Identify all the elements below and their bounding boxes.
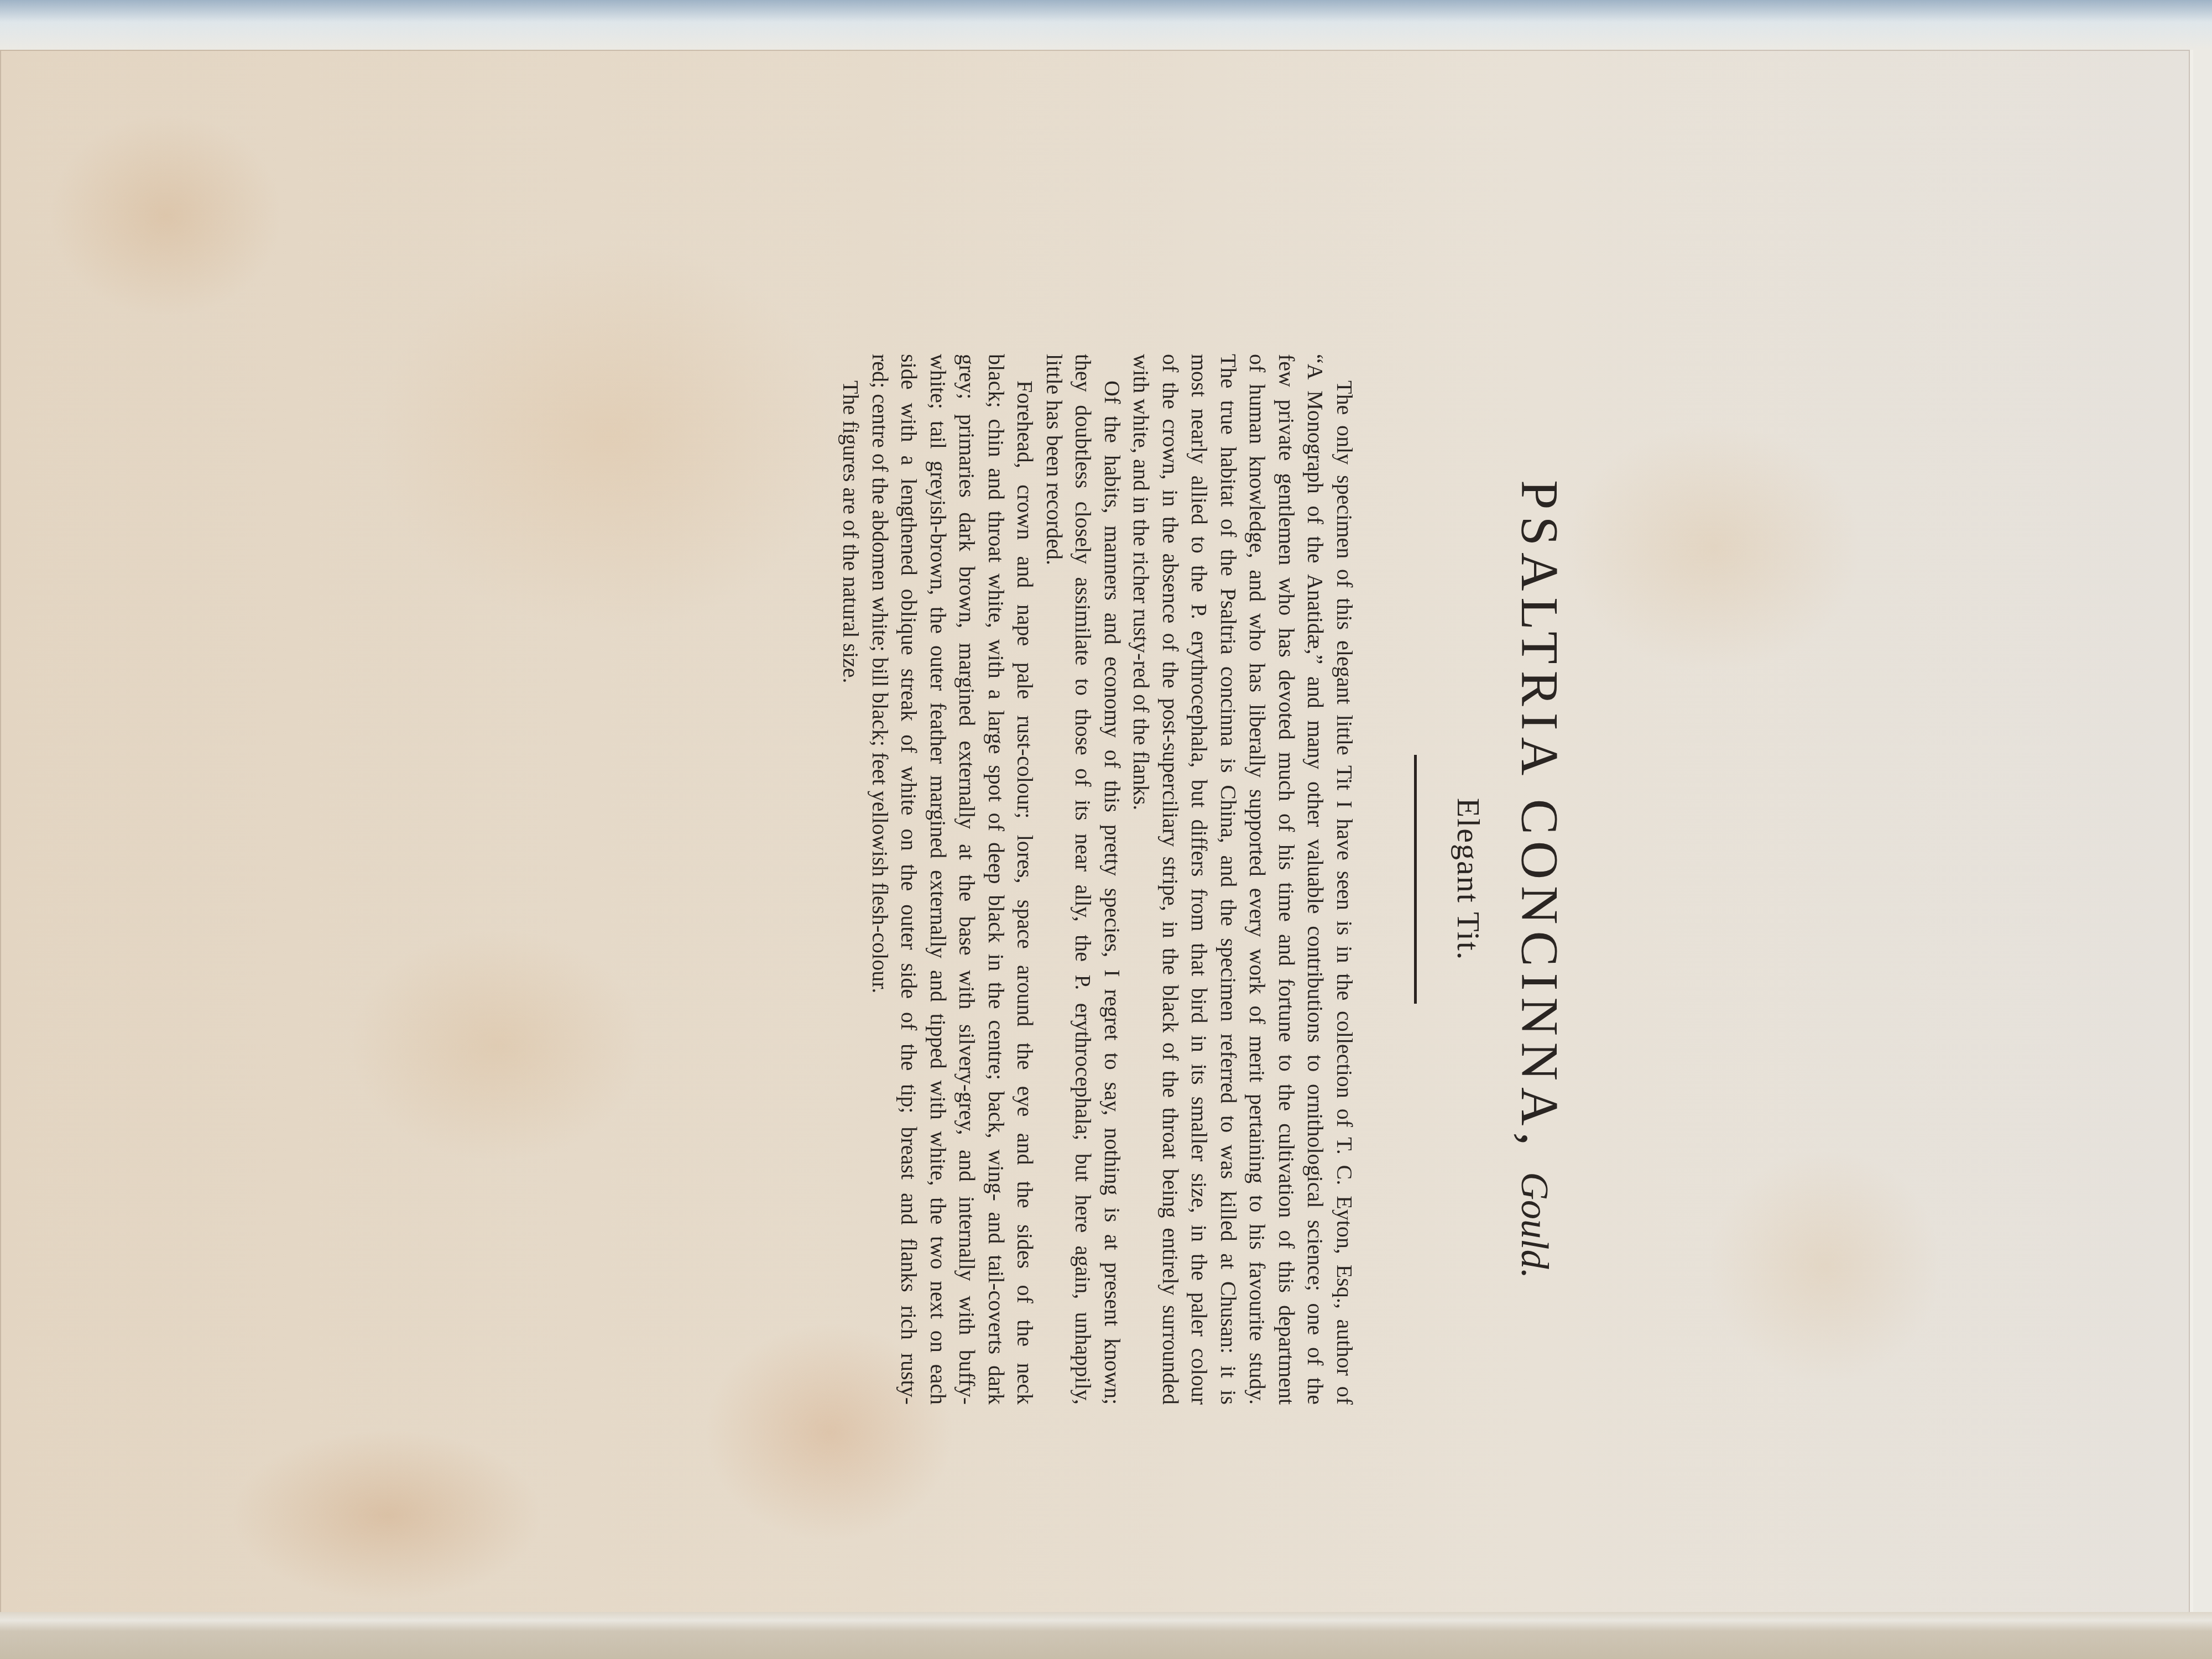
paragraph-figures-note: The figures are of the natural size.: [836, 354, 865, 1405]
text-line: white; tail greyish-brown, the outer fea…: [924, 354, 953, 1405]
page-text-block: PSALTRIA CONCINNA, Gould. Elegant Tit. T…: [836, 354, 1571, 1405]
text-line: they doubtless closely assimilate to tho…: [1068, 354, 1098, 1405]
page-stack-edge: [0, 1612, 2212, 1659]
paragraph-habits: Of the habits, manners and economy of th…: [1040, 354, 1127, 1405]
text-line: grey; primaries dark brown, margined ext…: [952, 354, 982, 1405]
divider-rule: [1414, 755, 1417, 1004]
species-title: PSALTRIA CONCINNA, Gould.: [1509, 354, 1571, 1405]
text-line: Forehead, crown and nape pale rust-colou…: [1010, 354, 1040, 1405]
text-line: few private gentlemen who has devoted mu…: [1272, 354, 1301, 1405]
paragraph-history: The only specimen of this elegant little…: [1126, 354, 1359, 1405]
text-line: of the crown, in the absence of the post…: [1156, 354, 1185, 1405]
text-line: The figures are of the natural size.: [836, 354, 865, 1405]
common-name: Elegant Tit.: [1450, 354, 1487, 1405]
species-name: PSALTRIA CONCINNA,: [1510, 480, 1569, 1152]
text-line: side with a lengthened oblique streak of…: [894, 354, 924, 1405]
text-line: of human knowledge, and who has liberall…: [1243, 354, 1272, 1405]
text-line: red; centre of the abdomen white; bill b…: [865, 354, 895, 1405]
text-line: little has been recorded.: [1040, 354, 1069, 1405]
text-line: The only specimen of this elegant little…: [1330, 354, 1359, 1405]
text-line: The true habitat of the Psaltria concinn…: [1214, 354, 1243, 1405]
text-line: most nearly allied to the P. erythroceph…: [1185, 354, 1214, 1405]
species-author: Gould.: [1513, 1172, 1556, 1279]
text-line: with white, and in the richer rusty-red …: [1126, 354, 1156, 1405]
text-line: Of the habits, manners and economy of th…: [1098, 354, 1127, 1405]
text-line: black; chin and throat white, with a lar…: [982, 354, 1011, 1405]
text-line: “A Monograph of the Anatidæ,” and many o…: [1301, 354, 1330, 1405]
paragraph-description: Forehead, crown and nape pale rust-colou…: [865, 354, 1040, 1405]
